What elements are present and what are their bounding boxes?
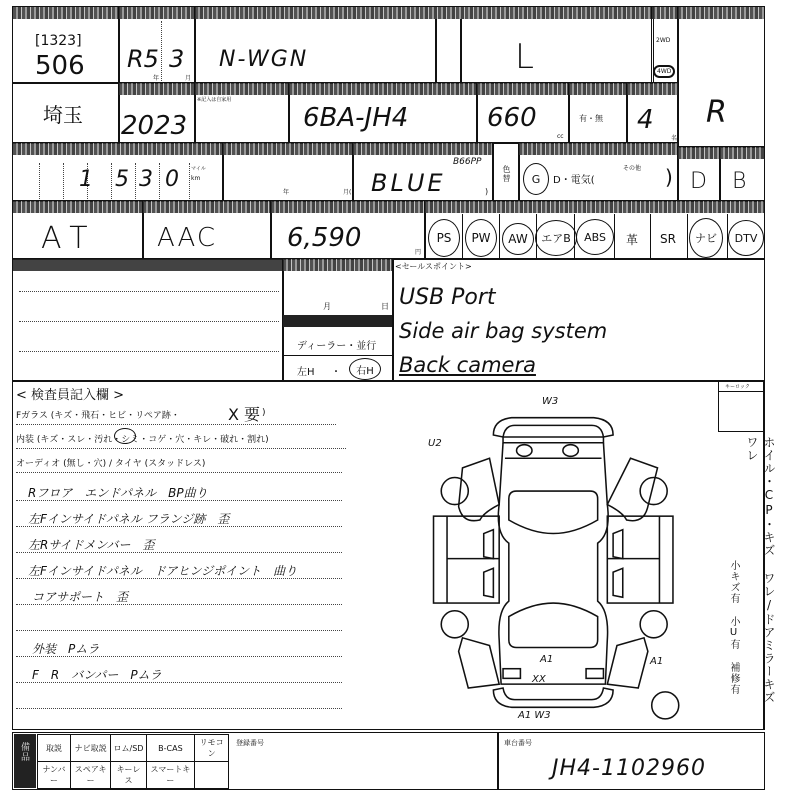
first-reg-era: R5 [127, 45, 159, 73]
dotted-line [16, 424, 336, 425]
notes-box [12, 258, 284, 382]
color-box: B66PP BLUE ) [352, 142, 494, 202]
header-bar [143, 201, 271, 213]
chassis-label: 車台番号 [504, 738, 532, 748]
registration-label: 登録番号 [236, 738, 264, 748]
divider [719, 391, 764, 392]
divider [650, 214, 651, 260]
mileage-unit-mile: マイル [191, 165, 206, 172]
mileage-box: 1 5 3 0 マイル km [12, 142, 224, 202]
exterior-grade-box: D [677, 146, 721, 202]
acc-manual[interactable]: 取説 [38, 735, 71, 762]
audio-line: オーディオ (無し・穴) / タイヤ (スタッドレス) [16, 456, 205, 469]
fuel-g[interactable]: G [523, 163, 549, 195]
equip-dtv[interactable]: DTV [728, 220, 764, 256]
divider [462, 214, 463, 260]
overall-grade: R [706, 95, 727, 130]
header-bar [13, 7, 119, 19]
model-code: 6BA-JH4 [303, 103, 408, 133]
equip-dtv-label: DTV [735, 232, 758, 245]
header-bar [13, 143, 223, 155]
transmission: AT [41, 221, 98, 256]
equip-navi[interactable]: ナビ [689, 218, 723, 258]
key-lock-label: キーロック [725, 383, 750, 390]
acc-rom-sd[interactable]: ロム/SD [111, 735, 146, 762]
car-damage-diagram [420, 395, 700, 730]
header-bar [519, 143, 678, 155]
fuel-other-label: その他 [623, 163, 641, 172]
year-unit: 年 [153, 73, 159, 82]
header-bar [119, 7, 195, 19]
header-bar [195, 7, 653, 19]
import-type[interactable]: ディーラー・並行 [297, 337, 376, 352]
model-year-box: 2023 [118, 82, 196, 144]
model-code-box: 6BA-JH4 [288, 82, 478, 144]
digit-divider [111, 163, 112, 199]
region: 埼玉 [43, 99, 83, 128]
lot-number: 506 [35, 51, 85, 81]
equip-sunroof[interactable]: SR [652, 224, 684, 254]
acc-smart-key[interactable]: スマートキー [146, 762, 195, 789]
divider [536, 214, 537, 260]
sales-point-box: <セールスポイント> USB Port Side air bag system … [392, 258, 765, 382]
side-notes-main: ホイル・CP・キズ ワレ/ドアミラーキズ ワレ [744, 436, 778, 726]
dotted-line [19, 351, 279, 352]
shaken-box: 年 月( [222, 142, 354, 202]
turbo-box: 有・無 [568, 82, 628, 144]
drive-box: 2WD 4WD [651, 6, 679, 84]
damage-mark-trunk: A1 [540, 654, 553, 665]
header-bar [477, 83, 569, 95]
overall-grade-box: R [677, 6, 765, 148]
aircon: AAC [157, 223, 217, 253]
equip-navi-label: ナビ [695, 230, 717, 246]
inspection-expiry-box: 月 日 ディーラー・並行 左H ・ 右H [282, 258, 394, 382]
equip-airbag-label: エアB [541, 230, 571, 246]
transmission-box: AT [12, 200, 144, 260]
damage-mark-rear-bumper: A1 W3 [518, 710, 551, 721]
inspector-note: 左Fインサイドパネル ドアヒンジポイント 曲り [28, 562, 297, 579]
acc-bcas[interactable]: B-CAS [146, 735, 195, 762]
interior-grade: B [732, 169, 746, 194]
exterior-grade: D [690, 169, 707, 194]
mileage-digit: 0 [165, 167, 179, 192]
inspector-note: 左Fインサイドパネル フランジ跡 歪 [28, 510, 229, 527]
shaken-month-unit: 月( [343, 187, 351, 196]
sales-point-2: Side air bag system [399, 319, 607, 343]
handle-left[interactable]: 左H [297, 363, 315, 378]
divider [499, 214, 500, 260]
equip-airbag[interactable]: エアB [535, 220, 577, 256]
fuel-g-label: G [532, 173, 541, 186]
equip-ps-label: PS [437, 231, 452, 245]
header-bar [13, 259, 283, 271]
drive-2wd[interactable]: 2WD [656, 37, 670, 44]
equip-leather[interactable]: 革 [616, 224, 648, 254]
divider [497, 732, 499, 790]
header-bar [678, 147, 720, 159]
color-close: ) [485, 187, 488, 196]
digit-divider [189, 163, 190, 199]
accessories-side: 備品 [14, 734, 36, 788]
equip-aw-label: AW [508, 232, 527, 246]
displacement-box: 660 cc [476, 82, 570, 144]
inspector-note: Rフロア エンドパネル BP曲り [28, 484, 208, 501]
equip-ps[interactable]: PS [428, 219, 460, 257]
divider [283, 355, 393, 356]
header-bar [13, 201, 143, 213]
color-code: B66PP [453, 157, 481, 167]
key-lock-box: キーロック [718, 380, 765, 432]
grade: L [515, 37, 534, 77]
divider [687, 214, 688, 260]
lot-bracket: [1323] [35, 33, 82, 49]
header-bar [678, 7, 764, 19]
dotted-line [16, 630, 342, 631]
interior-line: 内装 (キズ・スレ・汚れ・シミ・コゲ・穴・キレ・破れ・割れ) [16, 432, 269, 445]
acc-keyless[interactable]: キーレス [111, 762, 146, 789]
fuel-d-electric[interactable]: D・電気( [553, 171, 595, 186]
divider [727, 214, 728, 260]
header-bar [652, 7, 678, 19]
accessories-table: 取説 ナビ取説 ロム/SD B-CAS リモコン ナンバー スペアキー キーレス… [37, 734, 229, 789]
price-box: 6,590 円 [270, 200, 426, 260]
handle-right-label: 右H [356, 362, 374, 377]
header-bar [627, 83, 678, 95]
doors-box: 4 名 [626, 82, 679, 144]
sales-point-3: Back camera [399, 353, 536, 377]
turbo-options[interactable]: 有・無 [579, 113, 603, 124]
self-declared-box: ※記入は自家用 [194, 82, 290, 144]
month-unit: 月 [185, 73, 191, 82]
divider [460, 19, 462, 83]
dotted-line [16, 448, 346, 449]
mileage-digit: 3 [139, 167, 153, 192]
expiry-month-unit: 月 [323, 301, 331, 312]
model-name: N-WGN [219, 47, 308, 72]
chassis-number: JH4-1102960 [552, 756, 706, 781]
sales-point-1: USB Port [399, 285, 496, 310]
dotted-line [16, 472, 342, 473]
accessories-side-label: 備品 [18, 742, 31, 762]
equip-pw[interactable]: PW [465, 219, 497, 257]
damage-mark-rear-panel: XX [532, 674, 546, 685]
header-bar [223, 143, 353, 155]
doors: 4 [637, 105, 654, 135]
header-bar [271, 201, 425, 213]
self-declared-label: ※記入は自家用 [197, 96, 231, 103]
header-bar [289, 83, 477, 95]
glass-mark: X 要 [228, 402, 260, 425]
equip-aw[interactable]: AW [502, 223, 534, 255]
equip-abs[interactable]: ABS [576, 219, 614, 255]
equip-pw-label: PW [471, 231, 490, 245]
import-header-bar [283, 315, 393, 327]
header-bar [353, 143, 493, 155]
equip-abs-label: ABS [584, 231, 606, 244]
glass-line-prefix: Fガラス (キズ・飛石・ヒビ・リペア跡・ [16, 408, 180, 421]
digit-divider [135, 163, 136, 199]
drive-4wd[interactable]: 4WD [653, 65, 675, 78]
lot-box: [1323] 506 [12, 6, 120, 84]
header-bar [195, 83, 289, 95]
inspector-note: 左Rサイドメンバー 歪 [28, 536, 155, 553]
model-year: 2023 [121, 111, 187, 141]
dotted-line [19, 291, 279, 292]
fuel-box: G D・電気( その他 ) [518, 142, 679, 202]
divider [435, 19, 437, 83]
acc-empty [195, 762, 229, 789]
inspector-note: 外装 Pムラ [32, 640, 99, 657]
inspector-note: コアサポート 歪 [32, 588, 128, 605]
handle-separator: ・ [331, 363, 341, 378]
digit-divider [159, 163, 160, 199]
divider [614, 214, 615, 260]
digit-divider [63, 163, 64, 199]
doors-unit: 名 [671, 133, 677, 142]
region-box: 埼玉 [12, 82, 120, 144]
damage-mark-rear-quarter: A1 [650, 656, 663, 667]
shaken-year-unit: 年 [283, 187, 289, 196]
color: BLUE [371, 169, 446, 197]
mileage-unit-km: km [191, 175, 200, 182]
divider [161, 21, 162, 81]
damage-mark-left-fender: U2 [428, 438, 442, 449]
color-change-box: 色替 [492, 142, 520, 202]
first-reg-month: 3 [169, 45, 184, 73]
interior-grade-box: B [719, 146, 765, 202]
side-notes-sub: 小キズ有 小U有 補修有 [726, 560, 741, 730]
glass-line-suffix: ) [262, 408, 266, 418]
header-bar [119, 83, 195, 95]
acc-spare-key[interactable]: スペアキー [70, 762, 110, 789]
price: 6,590 [287, 223, 361, 253]
stain-circle-mark [114, 428, 136, 444]
fuel-close: ) [665, 165, 673, 189]
acc-remote[interactable]: リモコン [195, 735, 229, 762]
dotted-line [16, 708, 342, 709]
header-bar [283, 259, 393, 271]
inspector-heading: < 検査員記入欄 > [16, 384, 124, 403]
inspector-note: F R バンパー Pムラ [32, 666, 162, 683]
mileage-digit: 5 [115, 167, 129, 192]
dotted-line [19, 321, 279, 322]
color-change-label: 色替 [501, 165, 512, 183]
handle-right[interactable]: 右H [349, 358, 381, 380]
model-box: N-WGN L [194, 6, 654, 84]
header-bar [569, 83, 627, 95]
header-bar [720, 147, 764, 159]
digit-divider [39, 163, 40, 199]
acc-navi-manual[interactable]: ナビ取説 [70, 735, 110, 762]
divider [574, 214, 575, 260]
expiry-day-unit: 日 [381, 301, 389, 312]
aircon-box: AAC [142, 200, 272, 260]
mileage-digit: 1 [79, 167, 93, 192]
displacement-unit: cc [557, 133, 564, 140]
header-bar [425, 201, 764, 213]
first-reg-box: R5 3 年 月 [118, 6, 196, 84]
sales-point-label: <セールスポイント> [395, 261, 472, 272]
acc-plate[interactable]: ナンバー [38, 762, 71, 789]
displacement: 660 [487, 103, 537, 133]
price-unit: 円 [415, 247, 421, 256]
damage-mark-front-bumper: W3 [542, 396, 558, 407]
